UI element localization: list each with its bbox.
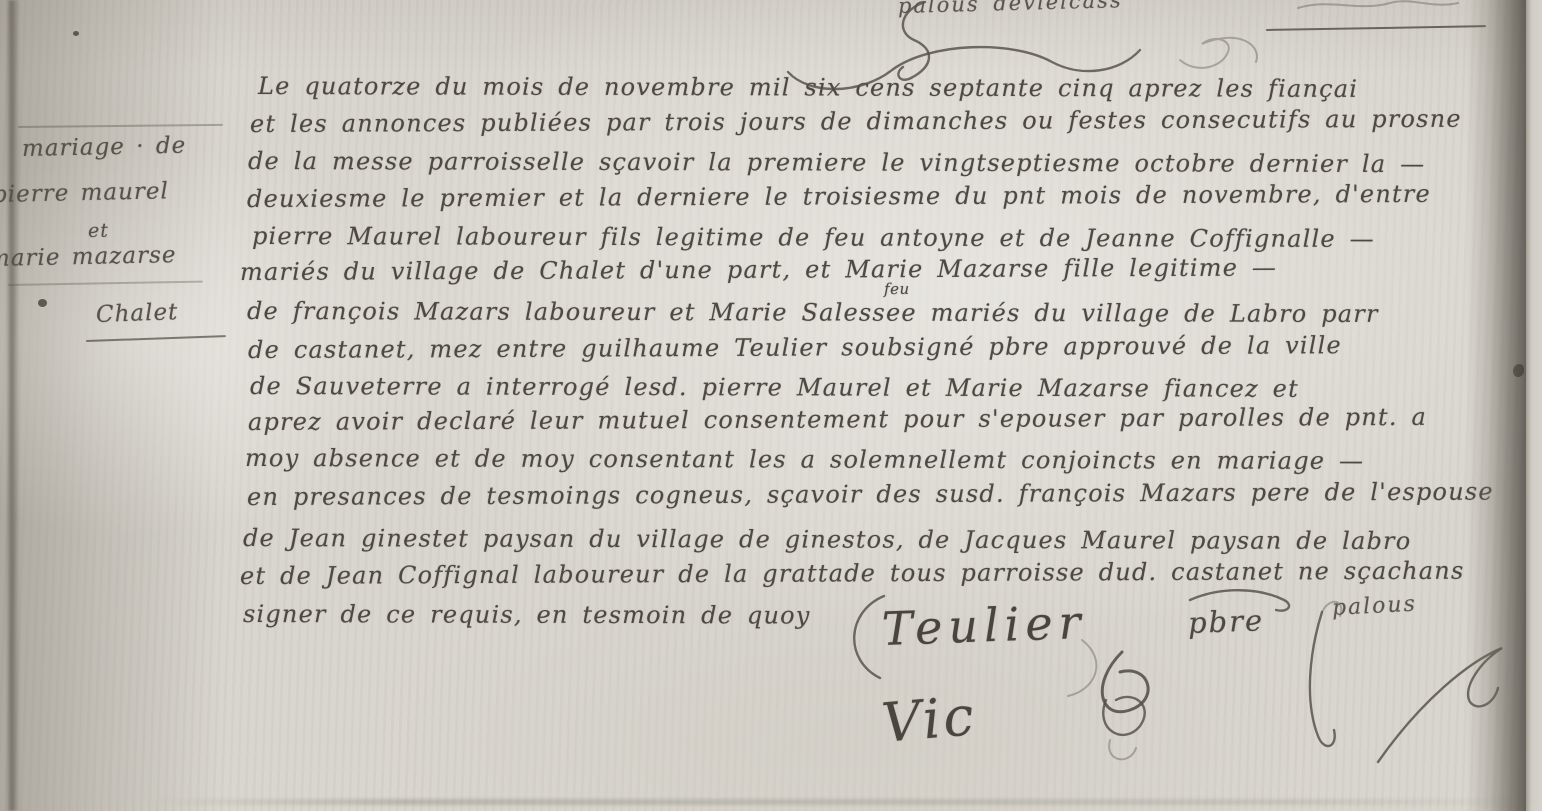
- signature-teulier: Teulier: [881, 595, 1087, 656]
- manuscript-line-4: deuxiesme le premier et la derniere le t…: [247, 180, 1431, 213]
- left-page-shading: [0, 0, 215, 811]
- palous-flourish-vertical: [1310, 612, 1335, 746]
- manuscript-line-9: de Sauveterre a interrogé lesd. pierre M…: [250, 372, 1299, 403]
- manuscript-page-scan: palous devielcass mariage · de pierre ma…: [0, 0, 1542, 811]
- ink-dot: [38, 299, 47, 307]
- priest-title-pbre: pbre: [1187, 603, 1264, 640]
- manuscript-line-8: de castanet, mez entre guilhaume Teulier…: [248, 331, 1342, 364]
- bottom-scan-streak: [150, 799, 1540, 805]
- manuscript-line-13: de Jean ginestet paysan du village de gi…: [243, 524, 1411, 555]
- margin-note-line-1: mariage · de: [22, 133, 187, 162]
- manuscript-line-6: mariés du village de Chalet d'une part, …: [240, 253, 1277, 286]
- teulier-swash: [854, 596, 884, 678]
- top-swirl-curl: [1180, 38, 1257, 68]
- manuscript-line-10: aprez avoir declaré leur mutuel consente…: [248, 403, 1427, 436]
- manuscript-line-15: signer de ce requis, en tesmoin de quoy: [243, 600, 811, 629]
- manuscript-line-2: et les annonces publiées par trois jours…: [250, 105, 1462, 138]
- margin-note-line-3: et: [88, 220, 109, 242]
- manuscript-line-12: en presances de tesmoings cogneus, sçavo…: [247, 478, 1494, 511]
- manuscript-line-7: de françois Mazars laboureur et Marie Sa…: [247, 297, 1379, 328]
- manuscript-line-1: Le quatorze du mois de novembre mil six …: [258, 72, 1358, 103]
- manuscript-line-3: de la messe parroisselle sçavoir la prem…: [248, 147, 1425, 178]
- top-right-rule-line: [1266, 25, 1486, 31]
- manuscript-line-11: moy absence et de moy consentant les a s…: [245, 444, 1364, 475]
- signature-vic: Vic: [879, 684, 979, 755]
- manuscript-line-14: et de Jean Coffignal laboureur de la gra…: [240, 557, 1465, 590]
- interline-insertion-feu: feu: [884, 280, 910, 298]
- signature-paraph: [1103, 697, 1144, 735]
- binding-fold: [1466, 0, 1526, 811]
- manuscript-line-5: pierre Maurel laboureur fils legitime de…: [252, 222, 1375, 253]
- next-page-edge: [1526, 0, 1542, 811]
- margin-place-name: Chalet: [96, 299, 179, 328]
- left-page-edge: [6, 0, 20, 811]
- signature-paraph: [1102, 652, 1148, 712]
- ink-dot: [73, 31, 79, 36]
- margin-note-line-2: pierre maurel: [0, 178, 169, 208]
- signature-paraph: [1109, 740, 1136, 759]
- top-corner-squiggle: [1298, 1, 1458, 8]
- margin-note-line-4: marie mazarse: [0, 242, 177, 272]
- signature-palous: palous: [1331, 592, 1417, 621]
- top-signature: palous devielcass: [898, 0, 1123, 18]
